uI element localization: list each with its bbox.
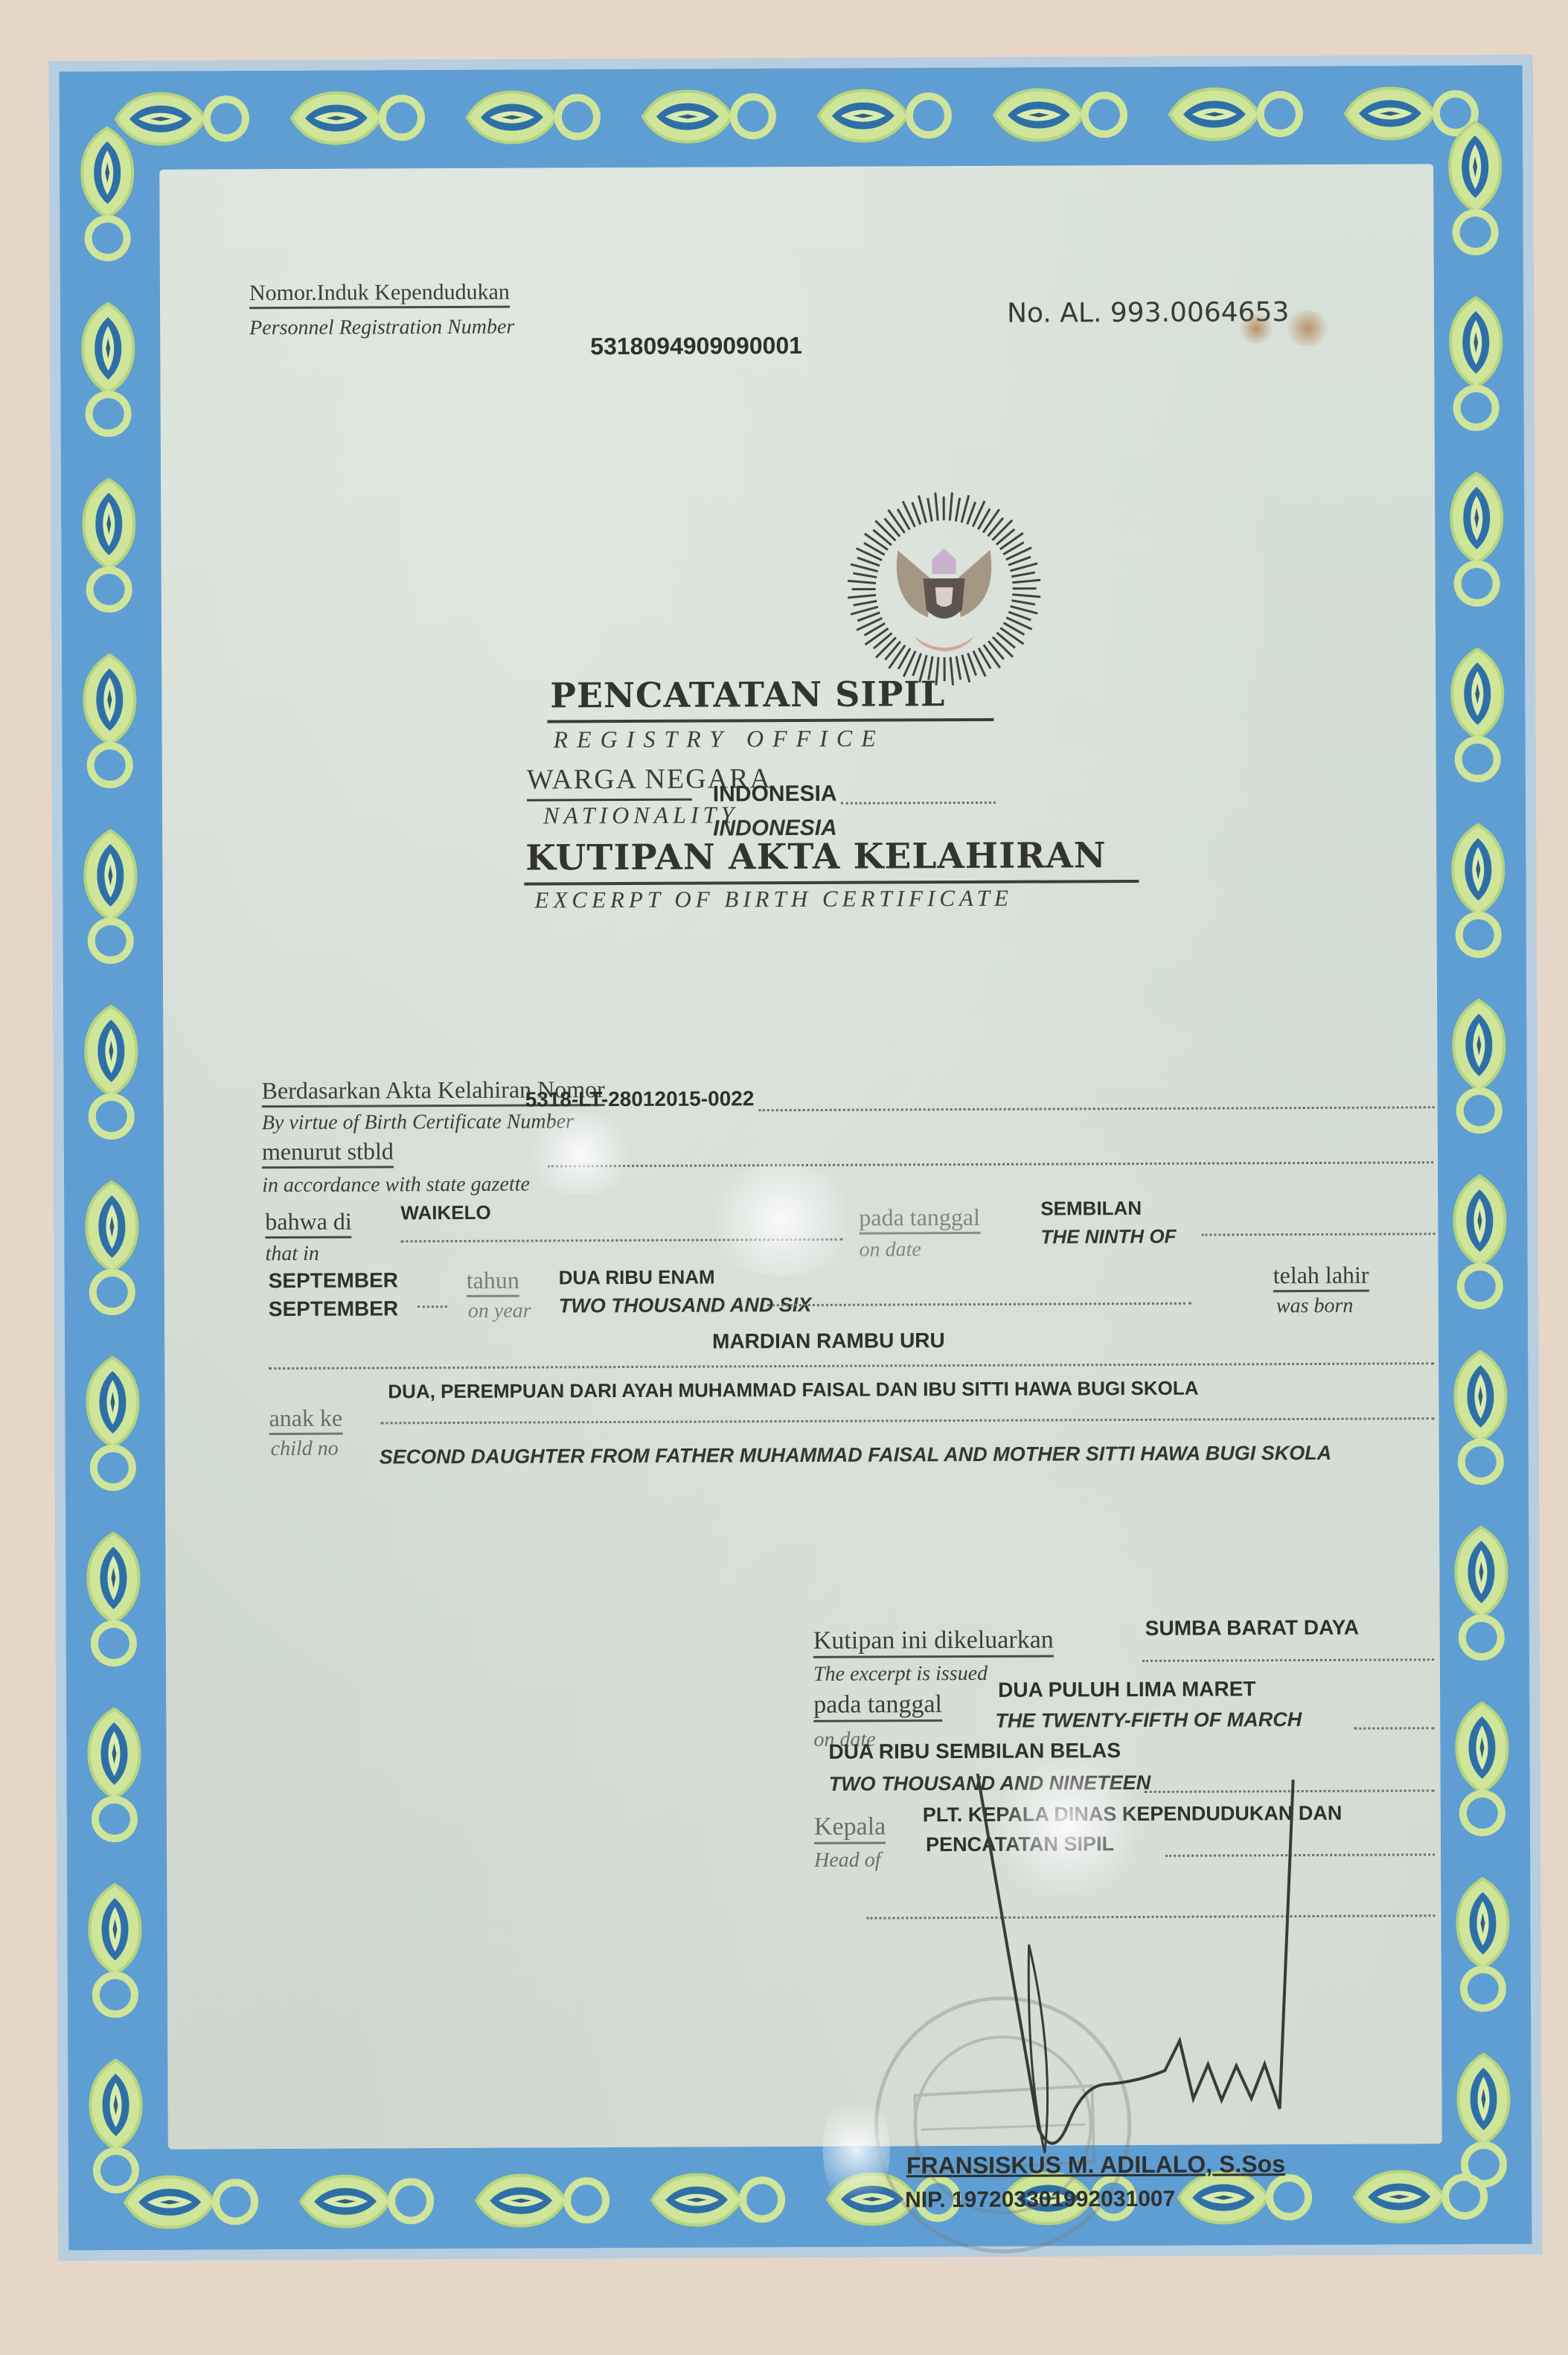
gazette-label-en: in accordance with state gazette <box>262 1173 530 1198</box>
dotted-line <box>1201 1233 1435 1236</box>
cert-number-value: 5318-LT-28012015-0022 <box>525 1087 755 1111</box>
photo-glare <box>822 2086 890 2213</box>
nationality-label-en: NATIONALITY <box>543 801 738 829</box>
divider <box>524 880 1139 886</box>
issued-label-en: The excerpt is issued <box>813 1662 988 1687</box>
official-nip: NIP. 197203301992031007 <box>905 2187 1175 2214</box>
issued-label: Kutipan ini dikeluarkan <box>813 1626 1054 1655</box>
office-title-en: REGISTRY OFFICE <box>553 724 884 753</box>
stain-mark <box>1284 310 1331 346</box>
child-order-value: DUA, PEREMPUAN DARI AYAH MUHAMMAD FAISAL… <box>388 1377 1198 1404</box>
dotted-line <box>759 1106 1435 1111</box>
issued-place-value: SUMBA BARAT DAYA <box>1145 1616 1359 1640</box>
photo-glare <box>521 1113 640 1195</box>
dotted-line <box>269 1362 1434 1370</box>
divider <box>547 718 993 723</box>
dotted-line <box>381 1417 1435 1424</box>
document-title-en: EXCERPT OF BIRTH CERTIFICATE <box>534 885 1013 914</box>
birth-year-label: tahun <box>467 1267 519 1294</box>
official-name: FRANSISKUS M. ADILALO, S.Sos <box>906 2150 1285 2179</box>
dotted-line <box>417 1306 447 1308</box>
child-order-label-en: child no <box>271 1437 339 1461</box>
dotted-line <box>1142 1658 1434 1662</box>
nik-label-en: Personnel Registration Number <box>249 316 514 341</box>
certificate-sheet: Nomor.Induk Kependudukan Personnel Regis… <box>49 55 1543 2261</box>
born-label-en: was born <box>1276 1294 1354 1318</box>
dotted-line <box>548 1161 1433 1167</box>
birth-day-value-en: THE NINTH OF <box>1040 1225 1176 1249</box>
certificate-paper: Nomor.Induk Kependudukan Personnel Regis… <box>159 164 1442 2149</box>
birthplace-value: WAIKELO <box>400 1201 490 1225</box>
stain-mark <box>1238 313 1275 343</box>
gazette-label: menurut stbld <box>262 1137 394 1166</box>
head-label: Kepala <box>814 1812 886 1841</box>
birth-month-value-en: SEPTEMBER <box>269 1297 398 1321</box>
birth-day-value: SEMBILAN <box>1040 1197 1142 1221</box>
child-order-label: anak ke <box>269 1405 342 1432</box>
place-label: bahwa di <box>265 1208 352 1236</box>
birth-date-label-en: on date <box>859 1238 921 1262</box>
child-order-value-en: SECOND DAUGHTER FROM FATHER MUHAMMAD FAI… <box>380 1442 1332 1469</box>
birth-month-value: SEPTEMBER <box>269 1268 398 1293</box>
place-label-en: that in <box>265 1242 319 1266</box>
nationality-value: INDONESIA <box>713 782 837 808</box>
nik-label-id: Nomor.Induk Kependudukan <box>249 280 510 307</box>
birth-year-label-en: on year <box>468 1300 531 1323</box>
issued-date-value: DUA PULUH LIMA MARET <box>998 1677 1255 1702</box>
born-label: telah lahir <box>1273 1262 1369 1290</box>
dotted-line <box>1354 1727 1434 1729</box>
office-title: PENCATATAN SIPIL <box>550 674 945 715</box>
child-name-value: MARDIAN RAMBU URU <box>712 1329 945 1353</box>
photo-glare <box>992 1751 1142 1900</box>
dotted-line <box>767 1303 1191 1306</box>
photo-glare <box>700 1164 864 1276</box>
nik-value: 5318094909090001 <box>590 332 802 360</box>
dotted-line <box>841 802 996 805</box>
head-label-en: Head of <box>814 1849 881 1873</box>
cert-number-label-en: By virtue of Birth Certificate Number <box>262 1110 574 1135</box>
issued-date-label: pada tanggal <box>813 1690 942 1719</box>
birth-date-label: pada tanggal <box>859 1204 980 1232</box>
birth-year-value: DUA RIBU ENAM <box>559 1265 715 1289</box>
document-title: KUTIPAN AKTA KELAHIRAN <box>525 835 1107 878</box>
issued-date-value-en: THE TWENTY-FIFTH OF MARCH <box>995 1708 1302 1733</box>
garuda-emblem-icon <box>845 491 1043 688</box>
